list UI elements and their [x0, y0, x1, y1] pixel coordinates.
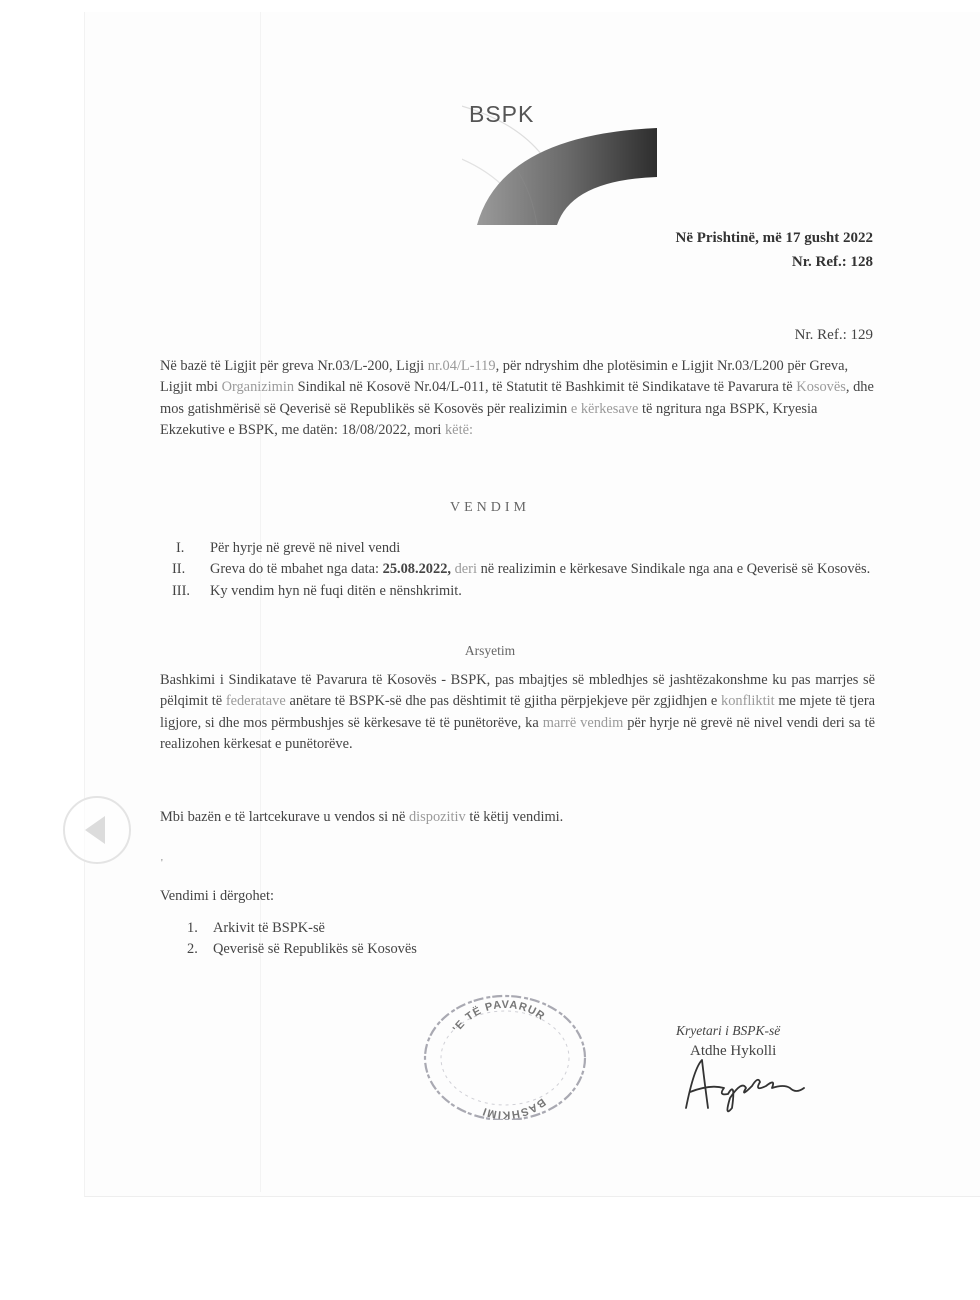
conclusion-paragraph: Mbi bazën e të lartcekurave u vendos si …: [160, 807, 875, 828]
decision-item: III. Ky vendim hyn në fuqi ditën e nënsh…: [172, 581, 892, 602]
signatory-title: Kryetari i BSPK-së: [676, 1023, 780, 1039]
handwritten-signature: [680, 1058, 830, 1118]
decision-item: II. Greva do të mbahet nga data: 25.08.2…: [172, 559, 892, 580]
decision-item: I. Për hyrje në grevë në nivel vendi: [172, 538, 892, 559]
svg-text:BASHKIMI: BASHKIMI: [481, 1096, 548, 1120]
reasoning-paragraph: Bashkimi i Sindikatave të Pavarura të Ko…: [160, 670, 875, 755]
reasoning-title: Arsyetim: [0, 643, 980, 659]
document-viewer: BSPK Në Prishtinë, më 17 gusht 2022 Nr. …: [0, 0, 980, 1300]
decision-list: I. Për hyrje në grevë në nivel vendi II.…: [172, 538, 892, 602]
decision-title: VENDIM: [0, 500, 980, 516]
stray-mark: ': [161, 858, 163, 869]
recipient-list: 1.Arkivit të BSPK-së 2.Qeverisë së Repub…: [187, 918, 417, 961]
intro-paragraph: Në bazë të Ligjit për greva Nr.03/L-200,…: [160, 356, 875, 441]
chevron-left-icon: [85, 816, 105, 844]
strike-date: 25.08.2022,: [383, 561, 451, 577]
recipient-item: 2.Qeverisë së Republikës së Kosovës: [187, 939, 417, 960]
official-stamp: 'E TË PAVARUR BASHKIMI: [420, 990, 590, 1120]
reference-number: Nr. Ref.: 128: [792, 254, 873, 271]
logo-text: BSPK: [469, 101, 534, 128]
place-date: Në Prishtinë, më 17 gusht 2022: [676, 230, 874, 247]
previous-page-button[interactable]: [63, 796, 131, 864]
recipient-item: 1.Arkivit të BSPK-së: [187, 918, 417, 939]
reference-number-2: Nr. Ref.: 129: [795, 327, 873, 344]
distribution-label: Vendimi i dërgohet:: [160, 888, 274, 905]
